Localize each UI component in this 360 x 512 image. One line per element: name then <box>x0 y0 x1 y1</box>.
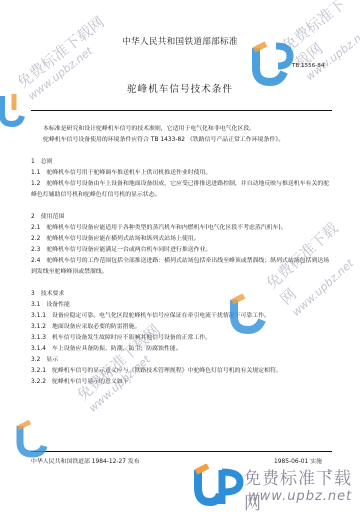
intro-paragraph: 本标准是研究和设计驼峰机车信号的技术准则，它适用于电气化和非电气化区段。 <box>31 124 333 135</box>
clause: 3.1设备性能 <box>31 300 333 311</box>
up-logo-icon <box>14 420 54 460</box>
watermark-url: www.upbz.net <box>248 489 352 504</box>
up-logo-icon <box>0 92 30 130</box>
clause: 2.2驼峰机车信号设备应能在横列式站场和纵列式站场上使用。 <box>31 234 333 245</box>
section-heading: 3技术要求 <box>31 289 333 300</box>
document-title: 驼峰机车信号技术条件 <box>0 81 360 95</box>
issuer-heading: 中华人民共和国铁道部部标准 <box>0 35 360 47</box>
up-logo-icon <box>192 464 244 508</box>
clause: 1.1驼峰机车信号用于驼峰调车推送机车上供司机推送作业时使用。 <box>31 168 333 179</box>
document-page: 中华人民共和国铁道部部标准 TB 1556-84 驼峰机车信号技术条件 本标准是… <box>0 0 360 512</box>
clause: 2.1驼峰机车信号设备应能适用于各种类型的蒸汽机车和内燃机车(电气化区段不考虑蒸… <box>31 223 333 234</box>
clause: 2.3驼峰机车信号设备应能满足一台或两台机车同时进行推送作业。 <box>31 245 333 256</box>
watermark-text: 免费标准下载网 <box>244 464 360 512</box>
site-logo-bottom: 免费标准下载网 www.upbz.net <box>192 462 360 512</box>
issue-date: 中华人民共和国铁道部 1984-12-27 发布 <box>31 456 140 465</box>
clause: 3.2显示 <box>31 355 333 366</box>
standard-number: TB 1556-84 <box>292 63 324 69</box>
clause: 3.1.4车上设备应具备防振、防潮、防尘、防腐蚀性能。 <box>31 344 333 355</box>
clause: 3.1.2地面设备应采取必要的防雷措施。 <box>31 322 333 333</box>
clause: 2.4驼峰机车信号的工作范围包括全部推送进路：横列式站场包括牵出线至峰顶或禁溜线… <box>31 256 333 278</box>
clause: 3.1.3机车信号设备发生故障时应不影响其他信号设备的正常工作。 <box>31 333 333 344</box>
intro-paragraph: 驼峰机车信号设备使用的环境条件应符合 TB 1433-82 《铁路信号产品正常工… <box>31 135 333 146</box>
document-body: 本标准是研究和设计驼峰机车信号的技术准则，它适用于电气化和非电气化区段。 驼峰机… <box>31 124 333 388</box>
footer-rule <box>31 451 332 452</box>
clause: 3.1.1设备应稳定可靠。电气化区段驼峰机车信号应保证在牵引电流干扰情况下可靠工… <box>31 311 333 322</box>
clause: 3.2.2驼峰机车信号显示的意义如下： <box>31 377 333 388</box>
section-heading: 2使用范围 <box>31 212 333 223</box>
clause: 1.2驼峰机车信号设备由车上设备和地面设备组成，它应受已排推送进路控制，并自动地… <box>31 179 333 201</box>
title-rule <box>31 110 332 111</box>
clause: 3.2.1驼峰机车信号的显示意义应与《铁路技术管理规程》中驼峰色灯信号机的有关规… <box>31 366 333 377</box>
section-heading: 1总则 <box>31 157 333 168</box>
